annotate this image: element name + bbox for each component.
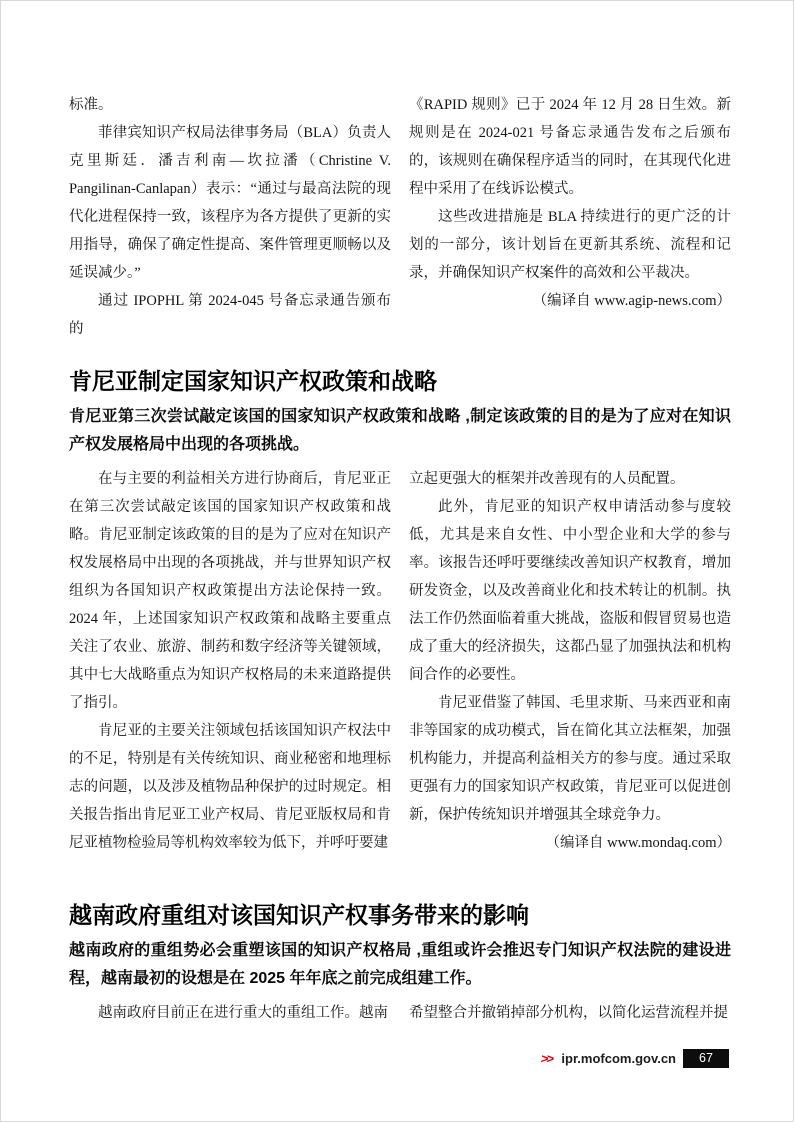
double-chevron-icon: >> — [540, 1051, 555, 1066]
article-subtitle: 越南政府的重组势必会重塑该国的知识产权格局 ,重组或许会推迟专门知识产权法院的建… — [69, 937, 731, 993]
article-philippines-continued: 标准。 菲律宾知识产权局法律事务局（BLA）负责人克里斯廷．潘吉利南—坎拉潘（C… — [69, 91, 731, 343]
article-kenya: 肯尼亚制定国家知识产权政策和战略 肯尼亚第三次尝试敲定该国的国家知识产权政策和战… — [69, 365, 731, 857]
left-column: 越南政府目前正在进行重大的重组工作。越南 — [69, 999, 391, 1027]
source-attribution: （编译自 www.agip-news.com） — [409, 287, 731, 315]
footer-site-url: ipr.mofcom.gov.cn — [561, 1051, 676, 1066]
body-paragraph: 《RAPID 规则》已于 2024 年 12 月 28 日生效。新规则是在 20… — [409, 91, 731, 203]
body-paragraph: 通过 IPOPHL 第 2024-045 号备忘录通告颁布的 — [69, 287, 391, 343]
body-paragraph: 标准。 — [69, 91, 391, 119]
two-column-layout: 越南政府目前正在进行重大的重组工作。越南 希望整合并撤销掉部分机构，以简化运营流… — [69, 999, 731, 1027]
left-column: 在与主要的利益相关方进行协商后，肯尼亚正在第三次尝试敲定该国的国家知识产权政策和… — [69, 465, 391, 857]
page-number-badge: 67 — [683, 1049, 729, 1068]
article-title: 肯尼亚制定国家知识产权政策和战略 — [69, 365, 731, 397]
body-paragraph: 此外，肯尼亚的知识产权申请活动参与度较低，尤其是来自女性、中小型企业和大学的参与… — [409, 493, 731, 689]
body-paragraph: 菲律宾知识产权局法律事务局（BLA）负责人克里斯廷．潘吉利南—坎拉潘（Chris… — [69, 119, 391, 287]
two-column-layout: 在与主要的利益相关方进行协商后，肯尼亚正在第三次尝试敲定该国的国家知识产权政策和… — [69, 465, 731, 857]
body-paragraph: 肯尼亚借鉴了韩国、毛里求斯、马来西亚和南非等国家的成功模式，旨在简化其立法框架，… — [409, 689, 731, 829]
body-paragraph: 立起更强大的框架并改善现有的人员配置。 — [409, 465, 731, 493]
document-page: 标准。 菲律宾知识产权局法律事务局（BLA）负责人克里斯廷．潘吉利南—坎拉潘（C… — [0, 0, 794, 1122]
body-paragraph: 肯尼亚的主要关注领域包括该国知识产权法中的不足，特别是有关传统知识、商业秘密和地… — [69, 717, 391, 857]
article-subtitle: 肯尼亚第三次尝试敲定该国的国家知识产权政策和战略 ,制定该政策的目的是为了应对在… — [69, 403, 731, 459]
body-paragraph: 这些改进措施是 BLA 持续进行的更广泛的计划的一部分，该计划旨在更新其系统、流… — [409, 203, 731, 287]
left-column: 标准。 菲律宾知识产权局法律事务局（BLA）负责人克里斯廷．潘吉利南—坎拉潘（C… — [69, 91, 391, 343]
article-vietnam: 越南政府重组对该国知识产权事务带来的影响 越南政府的重组势必会重塑该国的知识产权… — [69, 899, 731, 1027]
article-title: 越南政府重组对该国知识产权事务带来的影响 — [69, 899, 731, 931]
right-column: 《RAPID 规则》已于 2024 年 12 月 28 日生效。新规则是在 20… — [409, 91, 731, 343]
two-column-layout: 标准。 菲律宾知识产权局法律事务局（BLA）负责人克里斯廷．潘吉利南—坎拉潘（C… — [69, 91, 731, 343]
right-column: 立起更强大的框架并改善现有的人员配置。 此外，肯尼亚的知识产权申请活动参与度较低… — [409, 465, 731, 857]
body-paragraph: 在与主要的利益相关方进行协商后，肯尼亚正在第三次尝试敲定该国的国家知识产权政策和… — [69, 465, 391, 717]
body-paragraph: 越南政府目前正在进行重大的重组工作。越南 — [69, 999, 391, 1027]
source-attribution: （编译自 www.mondaq.com） — [409, 829, 731, 857]
right-column: 希望整合并撤销掉部分机构，以简化运营流程并提 — [409, 999, 731, 1027]
body-paragraph: 希望整合并撤销掉部分机构，以简化运营流程并提 — [409, 999, 731, 1027]
page-footer: >> ipr.mofcom.gov.cn 67 — [541, 1048, 729, 1068]
